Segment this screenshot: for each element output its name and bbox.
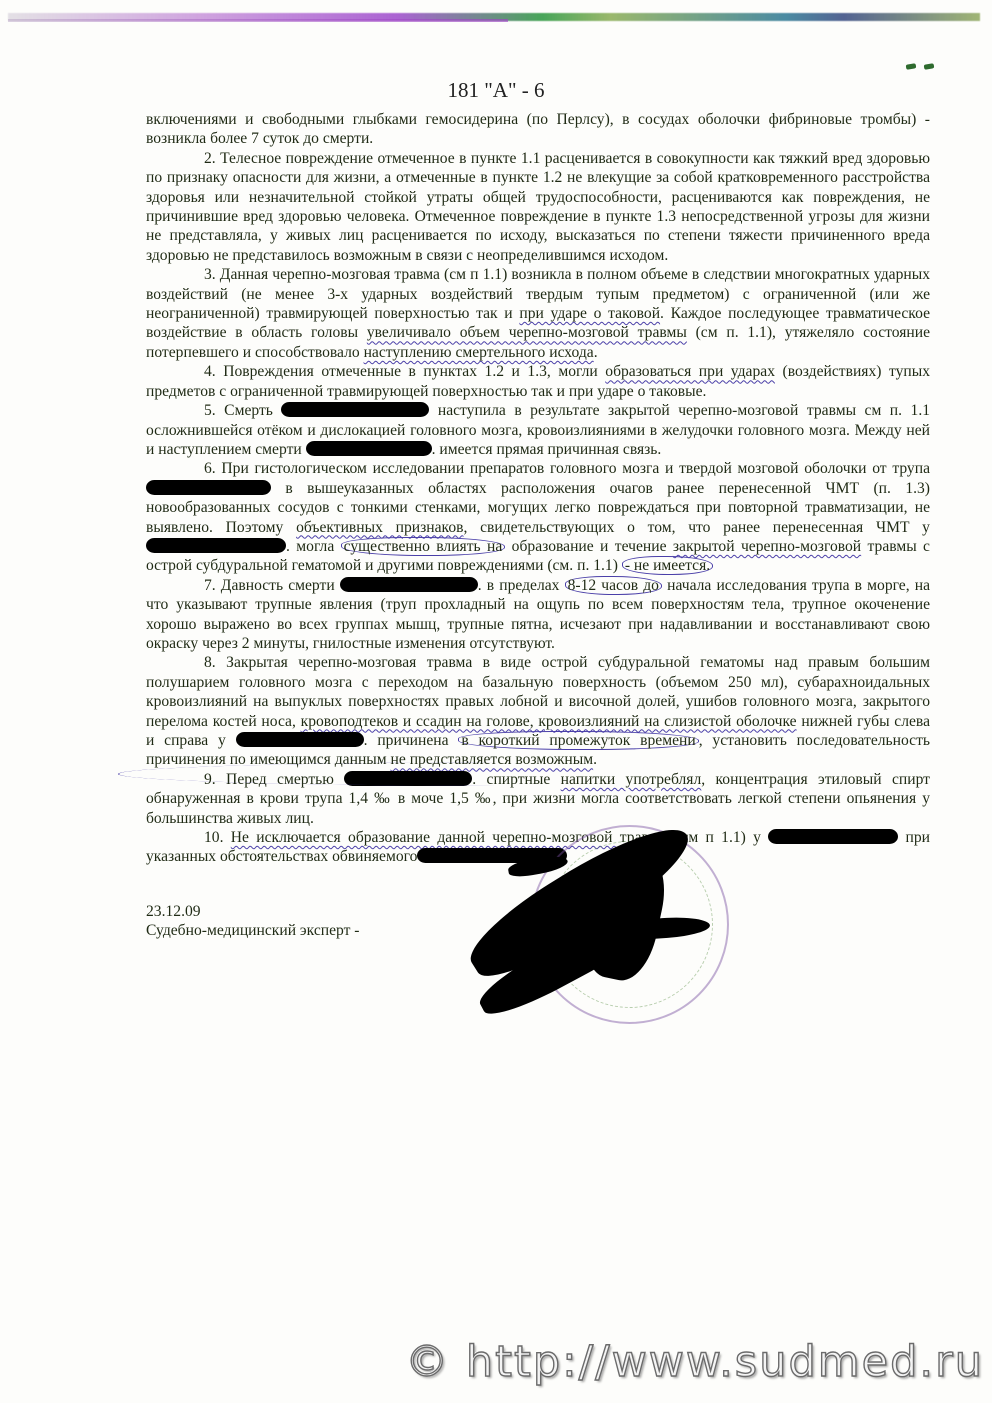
redaction-name	[306, 441, 432, 456]
paragraph-6: 6. При гистологическом исследовании преп…	[146, 459, 930, 575]
document-date: 23.12.09	[146, 902, 360, 921]
scan-corner-marks	[906, 56, 946, 68]
redaction-name	[236, 732, 364, 747]
handwritten-underline: увеличивало объем черепно-мозговой травм…	[367, 324, 687, 341]
copyright-watermark: © http://www.sudmed.ru	[405, 1337, 984, 1387]
redaction-name	[768, 829, 898, 844]
paragraph-7: 7. Давность смерти . в пределах 8-12 час…	[146, 576, 930, 654]
handwritten-underline: объективных признаков	[296, 519, 463, 536]
signer-label: Судебно-медицинский эксперт -	[146, 921, 360, 940]
paragraph-2: 2. Телесное повреждение отмеченное в пун…	[146, 149, 930, 265]
redaction-name	[146, 538, 286, 553]
redaction-name	[281, 402, 429, 417]
handwritten-circle: - не имеется.	[622, 556, 713, 575]
paragraph-8: 8. Закрытая черепно-мозговая травма в ви…	[146, 653, 930, 769]
redaction-name	[340, 577, 478, 592]
handwritten-underline: кровоподтеков и ссадин на голове, кровои…	[301, 713, 797, 730]
signoff-block: 23.12.09 Судебно-медицинский эксперт -	[146, 902, 360, 941]
redaction-name	[146, 480, 271, 495]
handwritten-underline: закрытой черепно-мозговой	[673, 538, 861, 555]
paragraph-3: 3. Данная черепно-мозговая травма (см п …	[146, 265, 930, 362]
handwritten-circle: в короткий промежуток времени	[458, 731, 698, 750]
paragraph-5: 5. Смерть наступила в результате закрыто…	[146, 401, 930, 459]
paragraph-4: 4. Повреждения отмеченные в пунктах 1.2 …	[146, 362, 930, 401]
handwritten-circle: существенно влиять на	[341, 537, 506, 556]
handwritten-underline: образоваться при ударах	[605, 363, 775, 380]
handwritten-circle: 8-12 часов до	[565, 576, 662, 595]
handwritten-underline: наступлению смертельного исхода	[364, 344, 594, 361]
document-body: включениями и свободными глыбками гемоси…	[146, 110, 930, 867]
paragraph-1-continuation: включениями и свободными глыбками гемоси…	[146, 110, 930, 149]
handwritten-underline: при ударе о таковой	[519, 305, 660, 322]
scan-artifact-streak	[8, 19, 508, 22]
page-number-header: 181 "А" - 6	[0, 78, 992, 103]
handwritten-margin-mark	[118, 762, 959, 786]
